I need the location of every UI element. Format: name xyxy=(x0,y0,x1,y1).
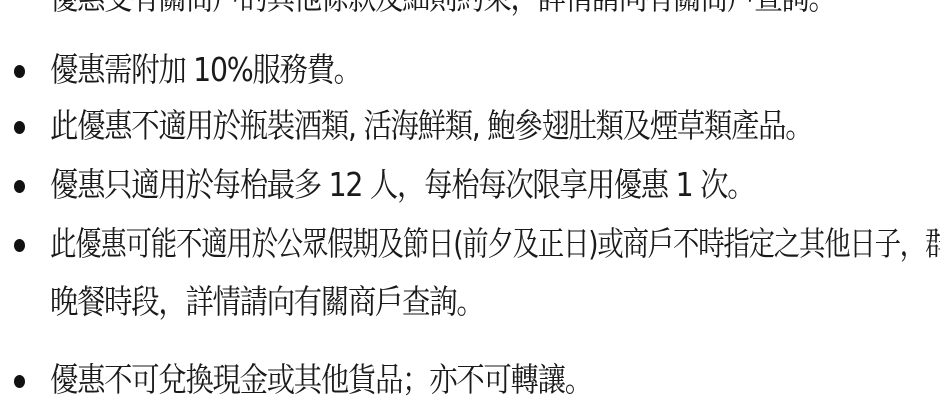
bullet-icon xyxy=(14,65,25,78)
terms-item-text: 此優惠不適用於瓶裝酒類, 活海鮮類, 鮑參翅肚類及煙草類產品。 xyxy=(50,107,812,145)
bullet-icon xyxy=(14,239,25,252)
terms-item-continuation: 晚餐時段，詳情請向有關商戶查詢。 xyxy=(50,283,483,321)
bullet-icon xyxy=(14,180,25,193)
terms-item-text: 優惠不可兌換現金或其他貨品；亦不可轉讓。 xyxy=(50,361,592,399)
terms-item-text: 此優惠可能不適用於公眾假期及節日(前夕及正日)或商戶不時指定之其他日子，群芳只適… xyxy=(50,225,940,263)
bullet-icon xyxy=(14,375,25,388)
terms-item-text: 優惠只適用於每枱最多 12 人，每枱每次限享用優惠 1 次。 xyxy=(50,166,754,204)
terms-item-text: 優惠受有關商戶的其他條款及細則約束，詳情請向有關商戶查詢。 xyxy=(50,0,836,17)
bullet-icon xyxy=(14,121,25,134)
terms-item-text: 優惠需附加 10%服務費。 xyxy=(50,51,361,89)
